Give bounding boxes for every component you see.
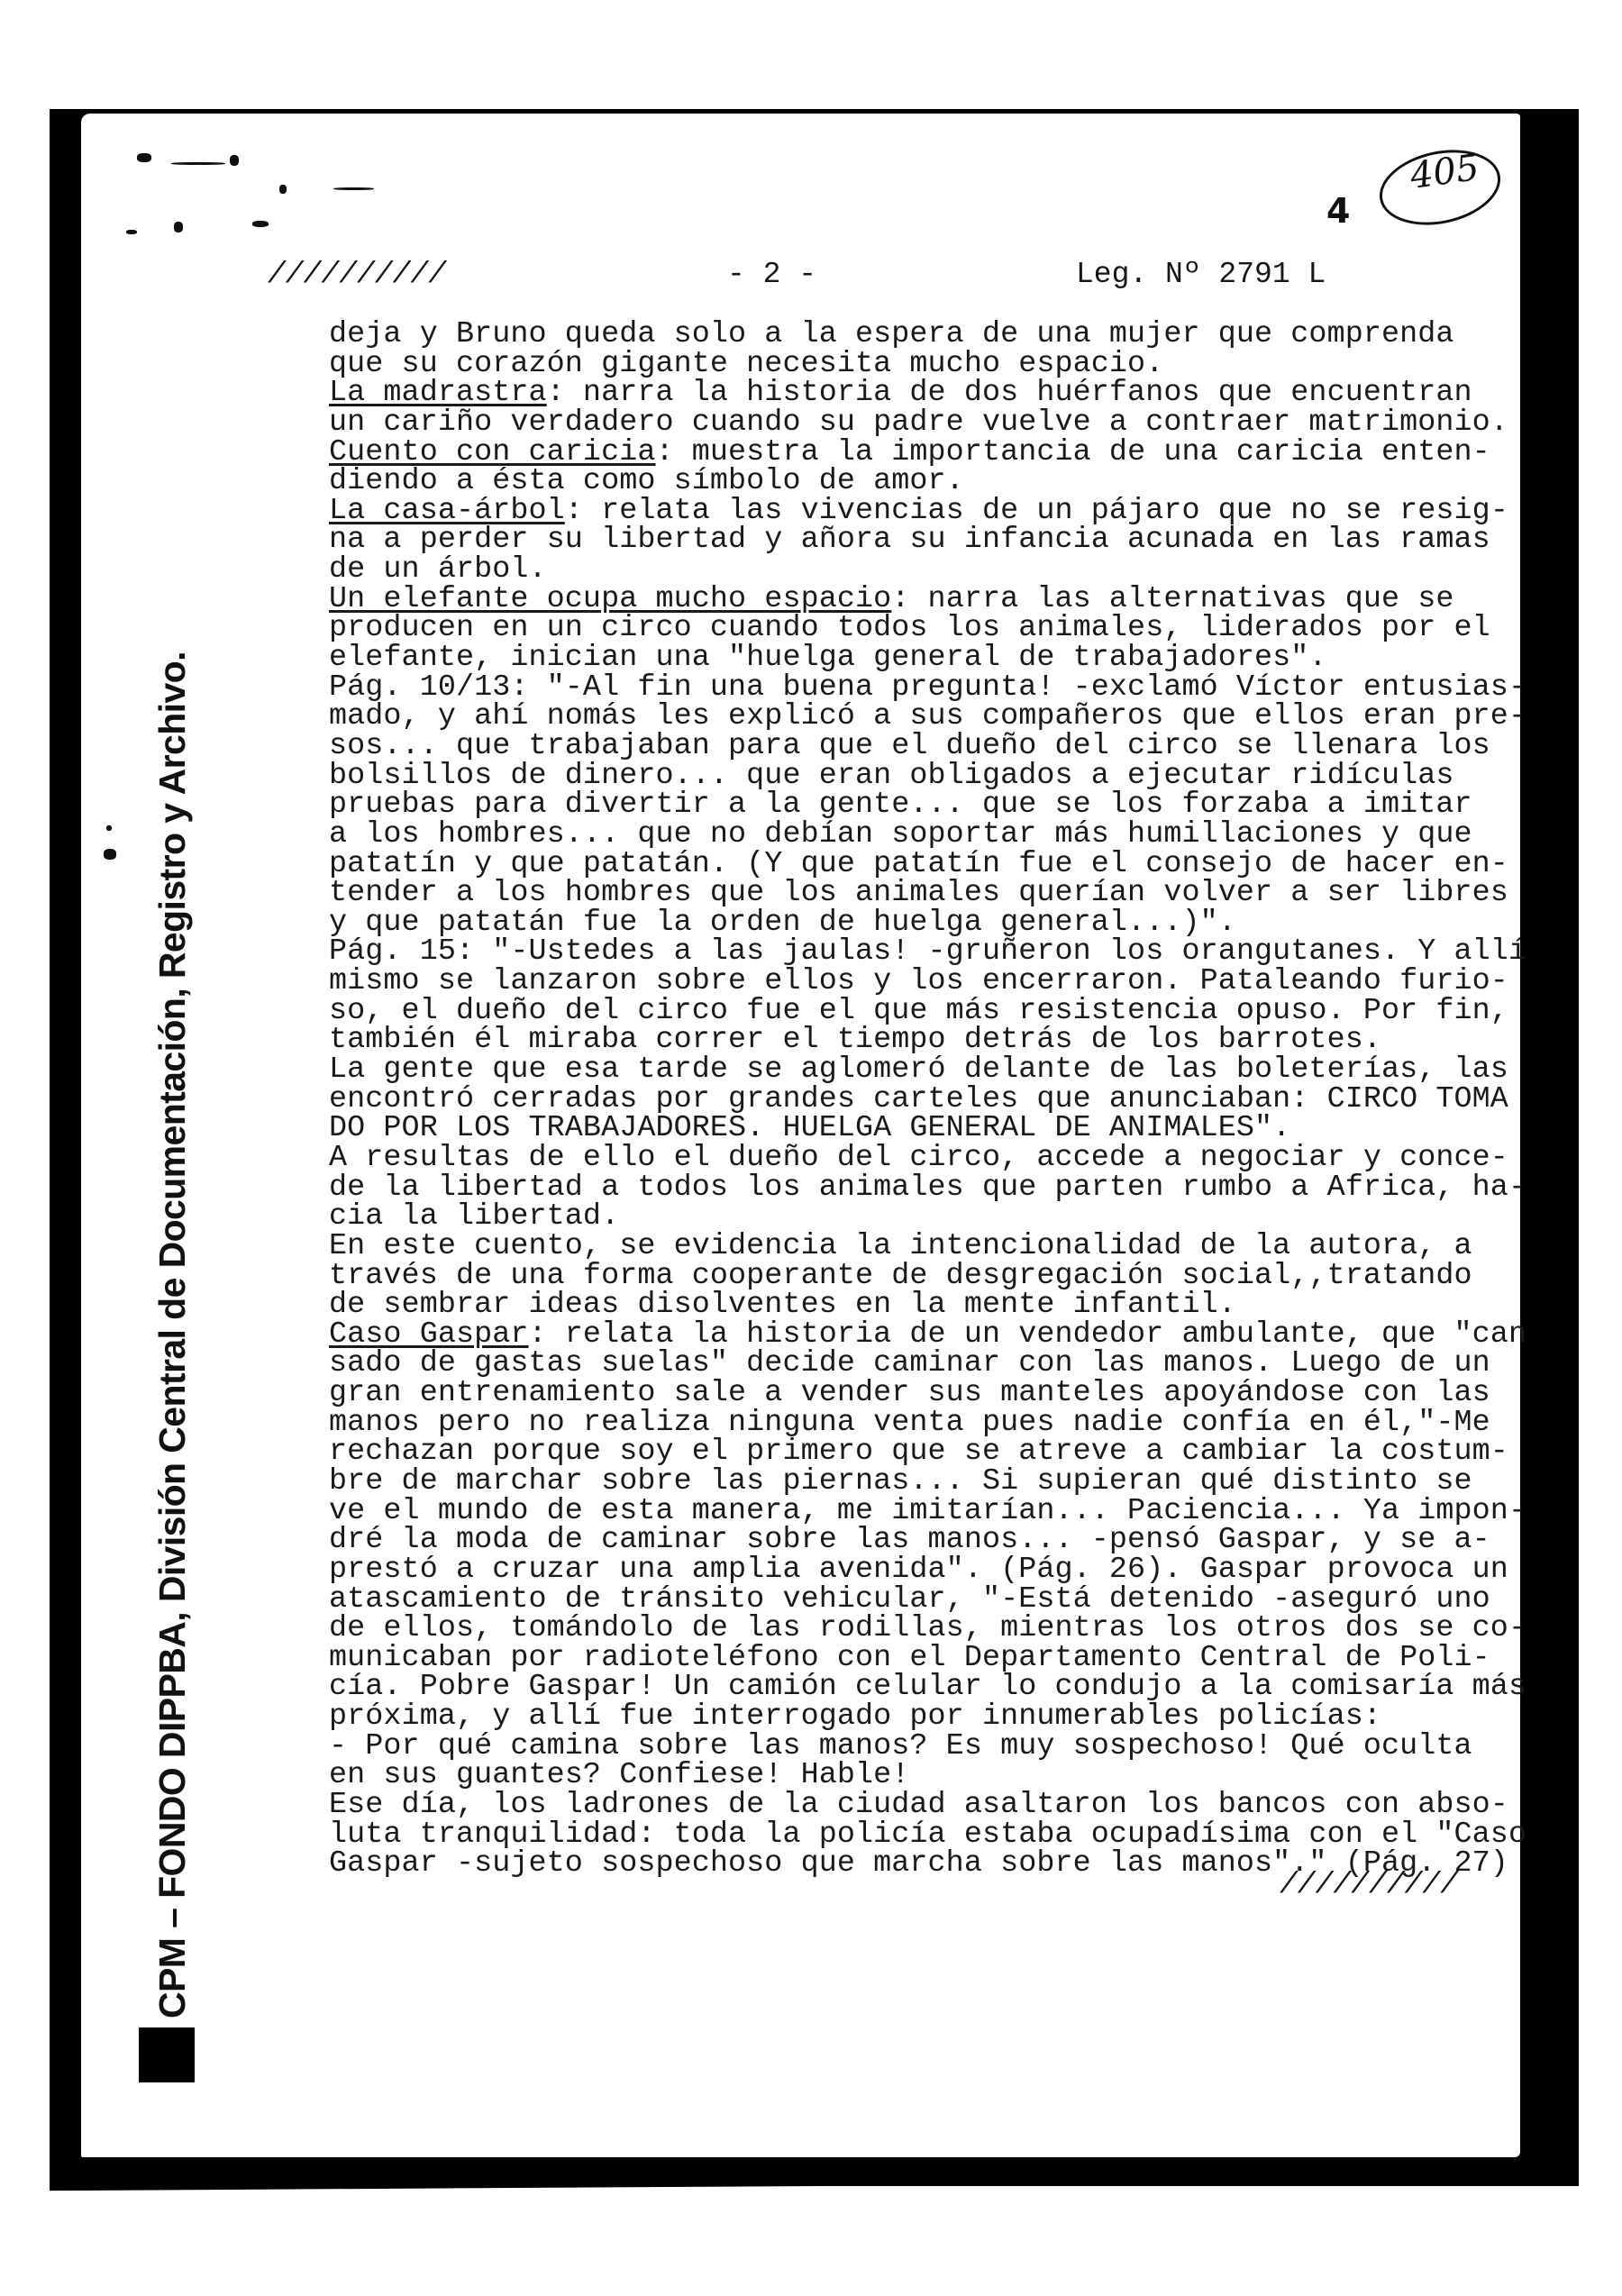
text-line: un cariño verdadero cuando su padre vuel… [329,408,1527,438]
text-line: cía. Pobre Gaspar! Un camión celular lo … [329,1672,1527,1702]
scan-speck [137,153,151,162]
text-line: también él miraba correr el tiempo detrá… [329,1025,1527,1055]
text-line: elefante, inician una "huelga general de… [329,643,1527,673]
text-line: mado, y ahí nomás les explicó a sus comp… [329,702,1527,732]
page-header: ////////// - 2 - Leg. Nº 2791 L [268,258,1352,294]
scan-speck [174,222,183,232]
text-line: - Por qué camina sobre las manos? Es muy… [329,1732,1527,1762]
text-line: sos... que trabajaban para que el dueño … [329,732,1527,761]
scan-speck [104,849,116,860]
text-line: que su corazón gigante necesita mucho es… [329,350,1527,379]
scan-speck [171,162,225,165]
text-line: so, el dueño del circo fue el que más re… [329,997,1527,1026]
text-line: de la libertad a todos los animales que … [329,1173,1527,1203]
text-line: producen en un circo cuando todos los an… [329,614,1527,643]
scan-speck [126,230,137,234]
text-line: deja y Bruno queda solo a la espera de u… [329,320,1527,350]
legajo-number: Leg. Nº 2791 L [1076,258,1326,291]
text-line: próxima, y allí fue interrogado por innu… [329,1702,1527,1732]
text-line: La madrastra: narra la historia de dos h… [329,378,1527,408]
text-line: través de una forma cooperante de desgre… [329,1262,1527,1291]
closing-slashes: ////////// [1280,1868,1458,1901]
text-line: prestó a cruzar una amplia avenida". (Pá… [329,1555,1527,1585]
text-line: patatín y que patatán. (Y que patatín fu… [329,850,1527,879]
text-line: atascamiento de tránsito vehicular, "-Es… [329,1585,1527,1615]
text-line: diendo a ésta como símbolo de amor. [329,467,1527,497]
text-line: en sus guantes? Confiese! Hable! [329,1761,1527,1790]
text-line: Pág. 10/13: "-Al fin una buena pregunta!… [329,673,1527,703]
text-line: bolsillos de dinero... que eran obligado… [329,761,1527,791]
page-number: - 2 - [727,258,816,291]
watermark-square-icon [139,2027,195,2082]
text-line: pruebas para divertir a la gente... que … [329,790,1527,820]
text-line: sado de gastas suelas" decide caminar co… [329,1349,1527,1379]
folio-mark: 4 [1326,191,1350,231]
text-line: ve el mundo de esta manera, me imitarían… [329,1497,1527,1526]
text-line: En este cuento, se evidencia la intencio… [329,1232,1527,1262]
text-line: de un árbol. [329,555,1527,585]
text-line: Un elefante ocupa mucho espacio: narra l… [329,585,1527,615]
text-line: de sembrar ideas disolventes en la mente… [329,1290,1527,1320]
text-line: rechazan porque soy el primero que se at… [329,1437,1527,1467]
text-line: na a perder su libertad y añora su infan… [329,525,1527,555]
text-line: La casa-árbol: relata las vivencias de u… [329,497,1527,526]
text-line: cia la libertad. [329,1202,1527,1232]
scan-speck [252,221,269,227]
text-line: La gente que esa tarde se aglomeró delan… [329,1055,1527,1085]
text-line: de ellos, tomándolo de las rodillas, mie… [329,1614,1527,1644]
text-line: luta tranquilidad: toda la policía estab… [329,1820,1527,1850]
text-line: Cuento con caricia: muestra la importanc… [329,438,1527,468]
text-line: tender a los hombres que los animales qu… [329,879,1527,908]
text-line: encontró cerradas por grandes carteles q… [329,1085,1527,1115]
text-line: Caso Gaspar: relata la historia de un ve… [329,1320,1527,1350]
text-line: mismo se lanzaron sobre ellos y los ence… [329,967,1527,997]
text-line: a los hombres... que no debían soportar … [329,820,1527,850]
text-line: A resultas de ello el dueño del circo, a… [329,1143,1527,1173]
text-line: DO POR LOS TRABAJADORES. HUELGA GENERAL … [329,1114,1527,1143]
text-line: bre de marchar sobre las piernas... Si s… [329,1467,1527,1497]
scan-speck [333,187,374,190]
scan-speck [230,155,239,166]
text-line: dré la moda de caminar sobre las manos..… [329,1526,1527,1555]
document-body: deja y Bruno queda solo a la espera de u… [329,320,1527,1879]
scan-speck [106,825,112,831]
text-line: manos pero no realiza ninguna venta pues… [329,1408,1527,1438]
text-line: municaban por radioteléfono con el Depar… [329,1644,1527,1673]
text-line: gran entrenamiento sale a vender sus man… [329,1379,1527,1408]
header-slashes: ////////// [268,258,446,291]
text-line: Pág. 15: "-Ustedes a las jaulas! -gruñer… [329,937,1527,967]
scan-speck [279,185,287,194]
text-line: y que patatán fue la orden de huelga gen… [329,908,1527,938]
text-line: Ese día, los ladrones de la ciudad asalt… [329,1790,1527,1820]
archive-watermark: CPM – FONDO DIPPBA, División Central de … [151,651,194,2018]
